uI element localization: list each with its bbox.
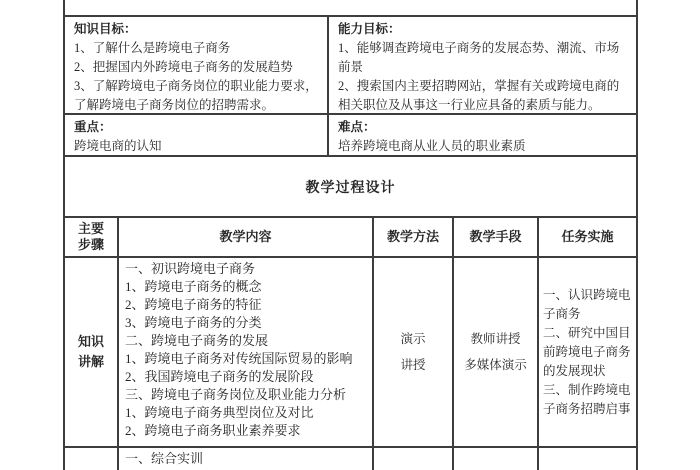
step-cell-empty bbox=[65, 448, 117, 470]
lesson-plan-document: 知识目标： 1、了解什么是跨境电子商务2、把握国内外跨境电子商务的发展趋势3、了… bbox=[0, 0, 700, 470]
text-line: 三、跨境电子商务岗位及职业能力分析 bbox=[125, 386, 372, 404]
teaching-content-cell: 一、初识跨境电子商务1、跨境电子商务的概念2、跨境电子商务的特征3、跨境电子商务… bbox=[117, 258, 372, 446]
header-task-cell: 任务实施 bbox=[537, 218, 636, 256]
text-line: 教师讲授 bbox=[470, 326, 520, 352]
difficult-point-cell: 难点： 培养跨境电商从业人员的职业素质 bbox=[327, 115, 636, 155]
header-means-cell: 教学手段 bbox=[452, 218, 537, 256]
section-title-row: 教学过程设计 bbox=[65, 157, 636, 218]
knowledge-objectives-list: 1、了解什么是跨境电子商务2、把握国内外跨境电子商务的发展趋势3、了解跨境电子商… bbox=[74, 39, 318, 113]
difficult-point-title: 难点： bbox=[338, 118, 628, 137]
text-line: 2、跨境电子商务的特征 bbox=[125, 296, 372, 314]
knowledge-objectives-title: 知识目标： bbox=[74, 20, 318, 39]
ability-objectives-cell: 能力目标： 1、能够调查跨境电子商务的发展态势、潮流、市场前景2、搜索国内主要招… bbox=[327, 17, 636, 113]
text-line: 讲授 bbox=[400, 352, 425, 378]
text-line: 3、跨境电子商务的分类 bbox=[125, 314, 372, 332]
text-line: 主要 bbox=[78, 221, 104, 237]
practice-means-cell bbox=[452, 448, 537, 470]
focus-row: 重点： 跨境电商的认知 难点： 培养跨境电商从业人员的职业素质 bbox=[65, 115, 636, 157]
teaching-method-cell: 演示讲授 bbox=[372, 258, 452, 446]
table-top-sliver-row bbox=[65, 0, 636, 17]
text-line: 一、初识跨境电子商务 bbox=[125, 260, 372, 278]
header-task-label: 任务实施 bbox=[561, 229, 613, 245]
objectives-row: 知识目标： 1、了解什么是跨境电子商务2、把握国内外跨境电子商务的发展趋势3、了… bbox=[65, 17, 636, 115]
text-line: 多媒体演示 bbox=[464, 352, 527, 378]
key-point-cell: 重点： 跨境电商的认知 bbox=[65, 115, 327, 155]
text-line: 一、综合实训 bbox=[125, 450, 372, 468]
text-line: 2、搜索国内主要招聘网站，掌握有关或跨境电商的相关职位及从事这一行业应具备的素质… bbox=[338, 77, 628, 113]
text-line: 三、制作跨境电子商务招聘启事 bbox=[543, 381, 632, 419]
text-line: 二、跨境电子商务的发展 bbox=[125, 332, 372, 350]
text-line: 1、跨境电子商务的概念 bbox=[125, 278, 372, 296]
knowledge-objectives-cell: 知识目标： 1、了解什么是跨境电子商务2、把握国内外跨境电子商务的发展趋势3、了… bbox=[65, 17, 327, 113]
section-title: 教学过程设计 bbox=[306, 177, 396, 197]
text-line: 2、跨境电子商务职业素养要求 bbox=[125, 422, 372, 440]
text-line: 二、研究中国目前跨境电子商务的发展现状 bbox=[543, 324, 632, 381]
header-means-label: 教学手段 bbox=[469, 229, 521, 245]
text-line: 1、能够调查跨境电子商务的发展态势、潮流、市场前景 bbox=[338, 39, 628, 77]
text-line: 知识 bbox=[78, 332, 104, 352]
practice-content-cell: 一、综合实训 bbox=[117, 448, 372, 470]
header-method-label: 教学方法 bbox=[387, 229, 439, 245]
header-method-cell: 教学方法 bbox=[372, 218, 452, 256]
lesson-plan-table: 知识目标： 1、了解什么是跨境电子商务2、把握国内外跨境电子商务的发展趋势3、了… bbox=[63, 0, 638, 470]
header-step-cell: 主要步骤 bbox=[65, 218, 117, 256]
process-row-knowledge: 知识讲解 一、初识跨境电子商务1、跨境电子商务的概念2、跨境电子商务的特征3、跨… bbox=[65, 258, 636, 448]
difficult-point-body: 培养跨境电商从业人员的职业素质 bbox=[338, 137, 628, 155]
text-line: 2、把握国内外跨境电子商务的发展趋势 bbox=[74, 58, 318, 77]
text-line: 2、我国跨境电子商务的发展阶段 bbox=[125, 368, 372, 386]
process-row-practice-partial: 一、综合实训 bbox=[65, 448, 636, 470]
task-implementation-cell: 一、认识跨境电子商务二、研究中国目前跨境电子商务的发展现状三、制作跨境电子商务招… bbox=[537, 258, 636, 446]
key-point-body: 跨境电商的认知 bbox=[74, 137, 318, 155]
text-line: 步骤 bbox=[78, 237, 104, 253]
header-content-label: 教学内容 bbox=[219, 229, 271, 245]
process-header-row: 主要步骤 教学内容 教学方法 教学手段 任务实施 bbox=[65, 218, 636, 258]
ability-objectives-title: 能力目标： bbox=[338, 20, 628, 39]
practice-task-cell bbox=[537, 448, 636, 470]
text-line: 1、跨境电子商务典型岗位及对比 bbox=[125, 404, 372, 422]
text-line: 1、跨境电子商务对传统国际贸易的影响 bbox=[125, 350, 372, 368]
key-point-title: 重点： bbox=[74, 118, 318, 137]
header-content-cell: 教学内容 bbox=[117, 218, 372, 256]
text-line: 1、了解什么是跨境电子商务 bbox=[74, 39, 318, 58]
text-line: 3、了解跨境电子商务岗位的职业能力要求，了解跨境电子商务岗位的招聘需求。 bbox=[74, 77, 318, 113]
ability-objectives-list: 1、能够调查跨境电子商务的发展态势、潮流、市场前景2、搜索国内主要招聘网站，掌握… bbox=[338, 39, 628, 113]
teaching-means-cell: 教师讲授多媒体演示 bbox=[452, 258, 537, 446]
text-line: 演示 bbox=[400, 326, 425, 352]
text-line: 一、认识跨境电子商务 bbox=[543, 286, 632, 324]
practice-method-cell bbox=[372, 448, 452, 470]
text-line: 讲解 bbox=[78, 352, 104, 372]
step-cell: 知识讲解 bbox=[65, 258, 117, 446]
